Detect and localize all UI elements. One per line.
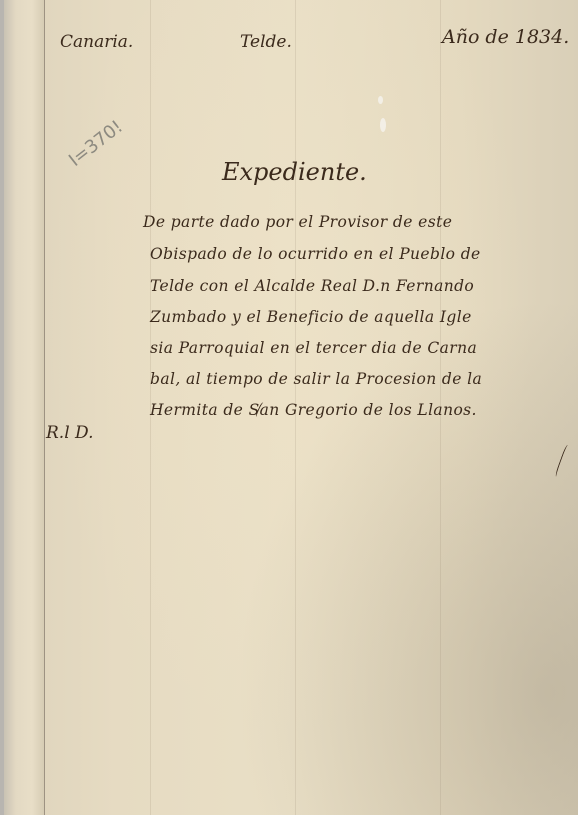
body-line: sia Parroquial en el tercer dia de Carna [150, 339, 477, 357]
body-line: Obispado de lo ocurrido en el Pueblo de [150, 245, 481, 263]
body-line: Telde con el Alcalde Real D.n Fernando [150, 277, 474, 295]
header-town-label: Telde. [240, 32, 292, 52]
paper-stain [380, 118, 386, 132]
body-line: bal, al tiempo de salir la Procesion de … [150, 370, 482, 388]
document-title: Expediente. [222, 158, 367, 186]
ink-stroke [554, 444, 570, 478]
manuscript-page: Canaria. Telde. Año de 1834. I=370! Expe… [0, 0, 578, 815]
binding-strip [4, 0, 45, 815]
header-region-label: Canaria. [60, 32, 133, 52]
archive-pencil-mark: I=370! [65, 116, 127, 171]
body-line: Zumbado y el Beneficio de aquella Igle [150, 308, 472, 326]
paper-stain [378, 96, 383, 104]
body-line: Hermita de San Gregorio de los Llanos. [150, 401, 477, 419]
body-line: De parte dado por el Provisor de este [143, 213, 452, 231]
margin-note: R.l D. [46, 423, 93, 443]
header-year-label: Año de 1834. [442, 26, 569, 48]
